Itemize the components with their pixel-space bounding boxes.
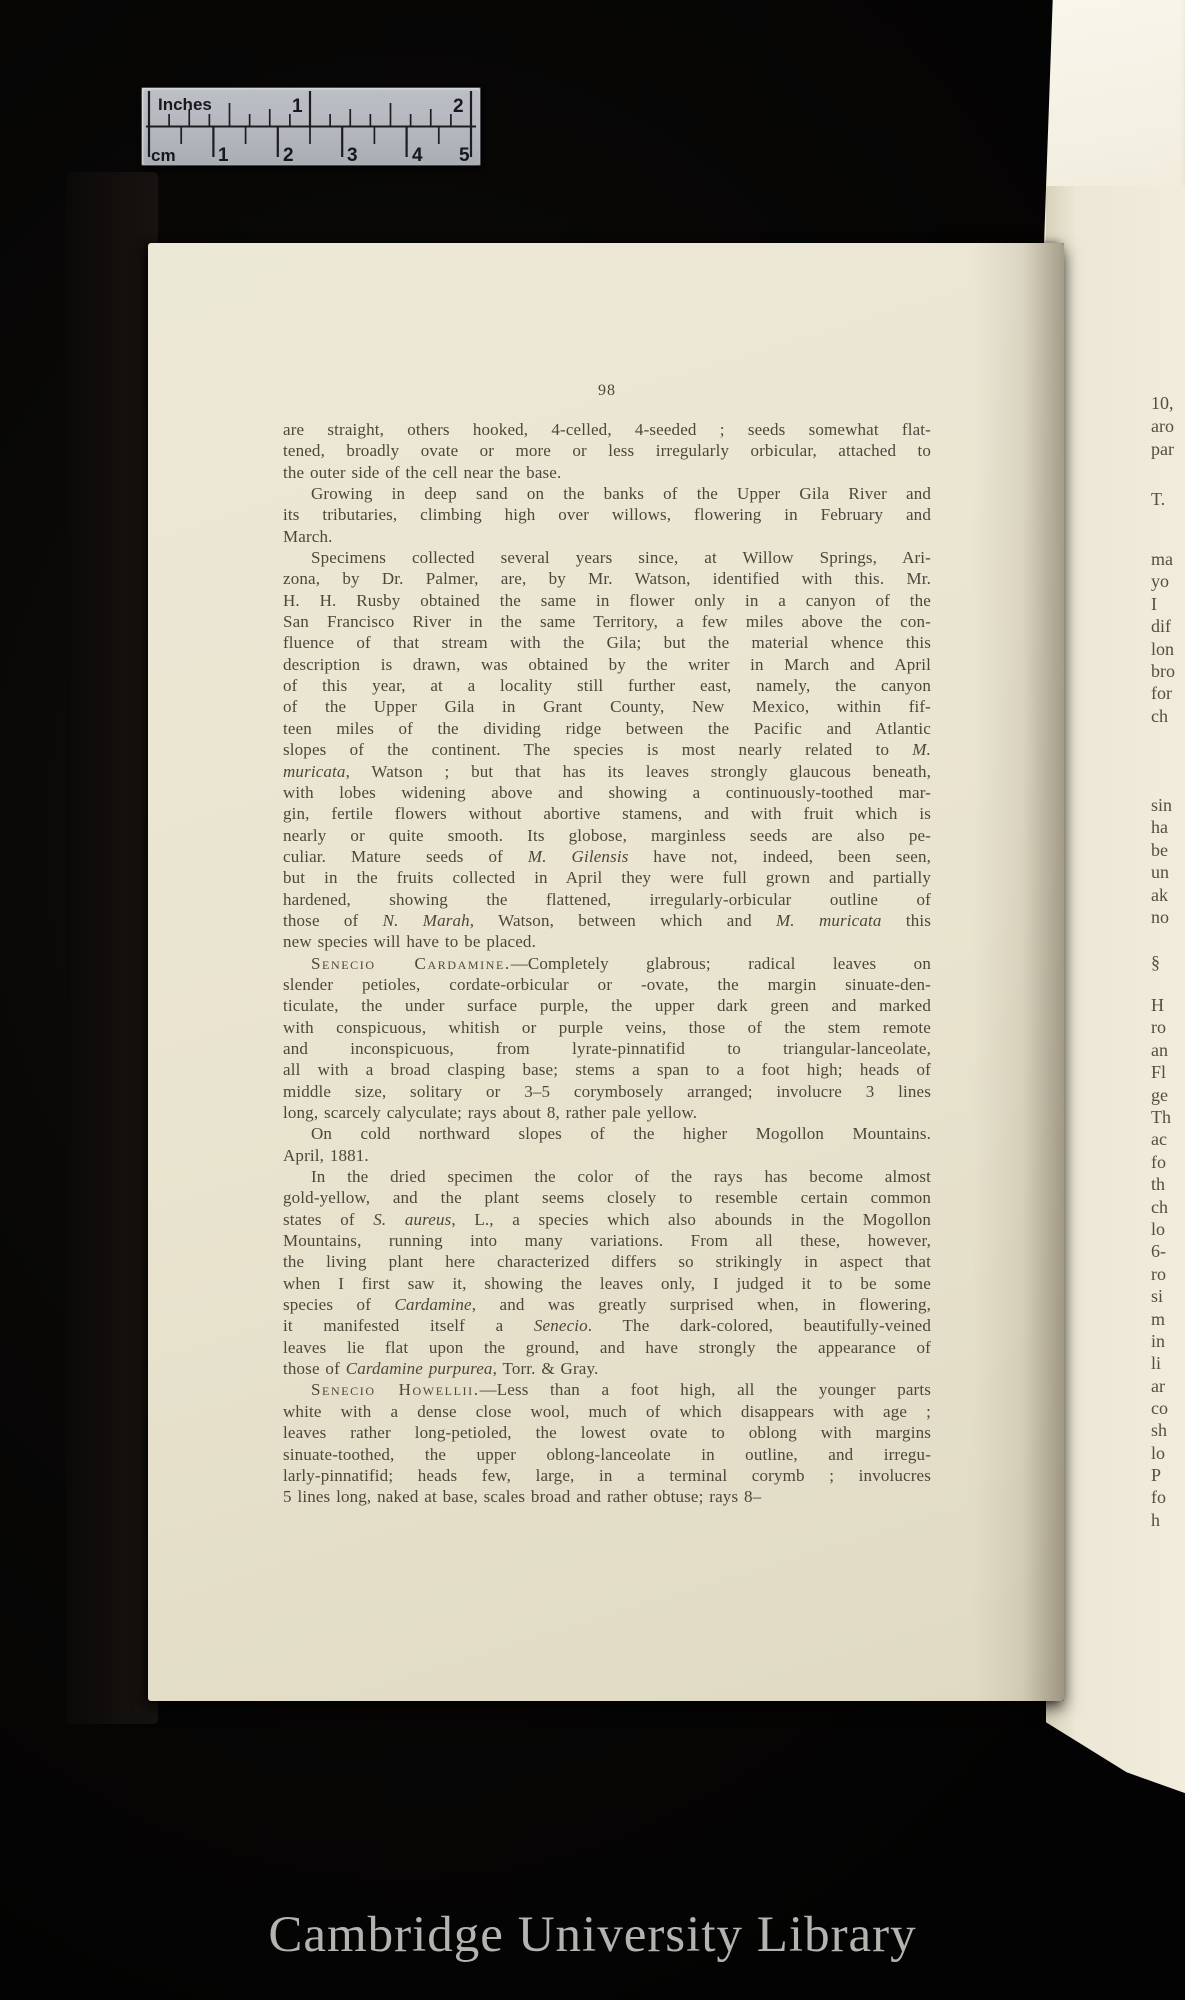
- text-run: April, 1881.: [283, 1146, 369, 1165]
- text-run: hardened, showing the flattened, irregul…: [283, 890, 931, 909]
- latin-name: muricata: [283, 762, 346, 781]
- text-run: are straight, others hooked, 4-celled, 4…: [283, 420, 931, 439]
- text-line: Senecio Cardamine.—Completely glabrous; …: [283, 953, 931, 974]
- photographed-book-page: 98 are straight, others hooked, 4-celled…: [0, 0, 1185, 2000]
- text-line: middle size, solitary or 3–5 corymbosely…: [283, 1081, 931, 1102]
- text-run: it manifested itself a: [283, 1316, 534, 1335]
- ruler-cm-label: cm: [151, 146, 176, 165]
- text-line: tened, broadly ovate or more or less irr…: [283, 440, 931, 461]
- latin-name: Cardamine purpurea: [346, 1359, 493, 1378]
- text-line: with conspicuous, whitish or purple vein…: [283, 1017, 931, 1038]
- text-line: sinuate-toothed, the upper oblong-lanceo…: [283, 1444, 931, 1465]
- text-run: description is drawn, was obtained by th…: [283, 655, 931, 674]
- text-line: the outer side of the cell near the base…: [283, 462, 931, 483]
- text-run: states of: [283, 1210, 373, 1229]
- text-line: In the dried specimen the color of the r…: [283, 1166, 931, 1187]
- text-run: have not, indeed, been seen,: [628, 847, 931, 866]
- latin-name: Cardamine: [394, 1295, 471, 1314]
- text-run: teen miles of the dividing ridge between…: [283, 719, 931, 738]
- text-line: states of S. aureus, L., a species which…: [283, 1209, 931, 1230]
- text-run: fluence of that stream with the Gila; bu…: [283, 633, 931, 652]
- adjacent-page-partial: [1046, 186, 1185, 1798]
- text-run: leaves lie flat upon the ground, and hav…: [283, 1338, 931, 1357]
- text-run: March.: [283, 527, 333, 546]
- text-run: San Francisco River in the same Territor…: [283, 612, 931, 631]
- text-line: those of Cardamine purpurea, Torr. & Gra…: [283, 1358, 931, 1379]
- text-line: Specimens collected several years since,…: [283, 547, 931, 568]
- species-heading: Senecio Howellii.: [311, 1380, 480, 1399]
- ruler-cm-number-4: 4: [412, 145, 423, 165]
- text-line: with lobes widening above and showing a …: [283, 782, 931, 803]
- ruler-scale: Inches 1 2 cm 1 2 3 4 5: [142, 88, 480, 165]
- text-line: Mountains, running into many variations.…: [283, 1230, 931, 1251]
- text-run: with conspicuous, whitish or purple vein…: [283, 1018, 931, 1037]
- text-run: leaves rather long-petioled, the lowest …: [283, 1423, 931, 1442]
- text-run: . The dark-colored, beautifully-veined: [588, 1316, 931, 1335]
- text-run: its tributaries, climbing high over will…: [283, 505, 931, 524]
- text-line: leaves lie flat upon the ground, and hav…: [283, 1337, 931, 1358]
- text-run: 5 lines long, naked at base, scales broa…: [283, 1487, 761, 1506]
- text-line: San Francisco River in the same Territor…: [283, 611, 931, 632]
- text-line: new species will have to be placed.: [283, 931, 931, 952]
- text-line: all with a broad clasping base; stems a …: [283, 1059, 931, 1080]
- text-run: larly-pinnatifid; heads few, large, in a…: [283, 1466, 931, 1485]
- text-line: but in the fruits collected in April the…: [283, 867, 931, 888]
- latin-name: Senecio: [534, 1316, 588, 1335]
- text-run: —Completely glabrous; radical leaves on: [511, 954, 931, 973]
- text-line: On cold northward slopes of the higher M…: [283, 1123, 931, 1144]
- text-line: slopes of the continent. The species is …: [283, 739, 931, 760]
- text-run: , Watson ; but that has its leaves stron…: [346, 762, 931, 781]
- text-line: ticulate, the under surface purple, the …: [283, 995, 931, 1016]
- text-run: all with a broad clasping base; stems a …: [283, 1060, 931, 1079]
- text-run: , Torr. & Gray.: [493, 1359, 599, 1378]
- text-line: and inconspicuous, from lyrate-pinnatifi…: [283, 1038, 931, 1059]
- latin-name: S. aureus: [373, 1210, 451, 1229]
- text-run: Mountains, running into many variations.…: [283, 1231, 931, 1250]
- text-line: leaves rather long-petioled, the lowest …: [283, 1422, 931, 1443]
- text-line: of the Upper Gila in Grant County, New M…: [283, 696, 931, 717]
- text-run: Specimens collected several years since,…: [311, 548, 931, 567]
- text-run: , Watson, between which and: [470, 911, 776, 930]
- text-line: March.: [283, 526, 931, 547]
- latin-name: M. Gilensis: [528, 847, 629, 866]
- text-line: nearly or quite smooth. Its globose, mar…: [283, 825, 931, 846]
- latin-name: M.: [912, 740, 931, 759]
- text-line: those of N. Marah, Watson, between which…: [283, 910, 931, 931]
- text-run: middle size, solitary or 3–5 corymbosely…: [283, 1082, 931, 1101]
- text-line: culiar. Mature seeds of M. Gilensis have…: [283, 846, 931, 867]
- ruler-cm-number-3: 3: [347, 145, 358, 165]
- text-line: hardened, showing the flattened, irregul…: [283, 889, 931, 910]
- text-line: are straight, others hooked, 4-celled, 4…: [283, 419, 931, 440]
- text-line: April, 1881.: [283, 1145, 931, 1166]
- ruler-inch-number-2: 2: [453, 96, 464, 117]
- text-run: slender petioles, cordate-orbicular or -…: [283, 975, 931, 994]
- text-run: slopes of the continent. The species is …: [283, 740, 912, 759]
- text-run: long, scarcely calyculate; rays about 8,…: [283, 1103, 697, 1122]
- text-line: species of Cardamine, and was greatly su…: [283, 1294, 931, 1315]
- text-line: the living plant here characterized diff…: [283, 1251, 931, 1272]
- text-run: ticulate, the under surface purple, the …: [283, 996, 931, 1015]
- page-number: 98: [283, 382, 931, 400]
- text-run: H. H. Rusby obtained the same in flower …: [283, 591, 931, 610]
- text-line: teen miles of the dividing ridge between…: [283, 718, 931, 739]
- text-run: this: [882, 911, 931, 930]
- text-run: culiar. Mature seeds of: [283, 847, 528, 866]
- text-line: white with a dense close wool, much of w…: [283, 1401, 931, 1422]
- text-line: zona, by Dr. Palmer, are, by Mr. Watson,…: [283, 568, 931, 589]
- text-run: On cold northward slopes of the higher M…: [311, 1124, 931, 1143]
- text-run: sinuate-toothed, the upper oblong-lanceo…: [283, 1445, 931, 1464]
- text-run: gin, fertile flowers without abortive st…: [283, 804, 931, 823]
- text-run: , L., a species which also abounds in th…: [451, 1210, 931, 1229]
- text-run: and inconspicuous, from lyrate-pinnatifi…: [283, 1039, 931, 1058]
- text-line: muricata, Watson ; but that has its leav…: [283, 761, 931, 782]
- text-line: 5 lines long, naked at base, scales broa…: [283, 1486, 931, 1507]
- text-run: In the dried specimen the color of the r…: [311, 1167, 931, 1186]
- text-run: zona, by Dr. Palmer, are, by Mr. Watson,…: [283, 569, 931, 588]
- text-line: description is drawn, was obtained by th…: [283, 654, 931, 675]
- latin-name: N. Marah: [383, 911, 470, 930]
- body-text: are straight, others hooked, 4-celled, 4…: [283, 419, 931, 1508]
- text-line: it manifested itself a Senecio. The dark…: [283, 1315, 931, 1336]
- text-run: white with a dense close wool, much of w…: [283, 1402, 931, 1421]
- text-run: the living plant here characterized diff…: [283, 1252, 931, 1271]
- text-run: those of: [283, 1359, 346, 1378]
- ruler-inch-number-1: 1: [292, 96, 303, 117]
- species-heading: Senecio Cardamine.: [311, 954, 511, 973]
- text-line: fluence of that stream with the Gila; bu…: [283, 632, 931, 653]
- text-run: new species will have to be placed.: [283, 932, 536, 951]
- text-run: gold-yellow, and the plant seems closely…: [283, 1188, 931, 1207]
- text-run: but in the fruits collected in April the…: [283, 868, 931, 887]
- text-run: of the Upper Gila in Grant County, New M…: [283, 697, 931, 716]
- text-run: —Less than a foot high, all the younger …: [480, 1380, 931, 1399]
- text-run: nearly or quite smooth. Its globose, mar…: [283, 826, 931, 845]
- text-run: of this year, at a locality still furthe…: [283, 676, 931, 695]
- text-line: its tributaries, climbing high over will…: [283, 504, 931, 525]
- text-line: gin, fertile flowers without abortive st…: [283, 803, 931, 824]
- text-run: , and was greatly surprised when, in flo…: [472, 1295, 931, 1314]
- text-line: gold-yellow, and the plant seems closely…: [283, 1187, 931, 1208]
- library-watermark: Cambridge University Library: [0, 1906, 1185, 1964]
- text-run: species of: [283, 1295, 394, 1314]
- text-run: with lobes widening above and showing a …: [283, 783, 931, 802]
- ruler-cm-number-1: 1: [218, 145, 229, 165]
- text-run: tened, broadly ovate or more or less irr…: [283, 441, 931, 460]
- text-run: those of: [283, 911, 383, 930]
- text-line: slender petioles, cordate-orbicular or -…: [283, 974, 931, 995]
- text-line: larly-pinnatifid; heads few, large, in a…: [283, 1465, 931, 1486]
- ruler-inches-label: Inches: [158, 95, 212, 114]
- text-line: Senecio Howellii.—Less than a foot high,…: [283, 1379, 931, 1400]
- text-line: H. H. Rusby obtained the same in flower …: [283, 590, 931, 611]
- text-line: Growing in deep sand on the banks of the…: [283, 483, 931, 504]
- text-run: Growing in deep sand on the banks of the…: [311, 484, 931, 503]
- ruler-cm-number-5: 5: [459, 145, 470, 165]
- text-line: long, scarcely calyculate; rays about 8,…: [283, 1102, 931, 1123]
- text-run: when I first saw it, showing the leaves …: [283, 1274, 931, 1293]
- text-line: of this year, at a locality still furthe…: [283, 675, 931, 696]
- text-line: when I first saw it, showing the leaves …: [283, 1273, 931, 1294]
- latin-name: M. muricata: [776, 911, 882, 930]
- book-cover-edge: [66, 172, 158, 1724]
- main-page: 98 are straight, others hooked, 4-celled…: [148, 243, 1064, 1701]
- measurement-ruler: Inches 1 2 cm 1 2 3 4 5: [141, 87, 481, 166]
- ruler-cm-number-2: 2: [283, 145, 294, 165]
- text-run: the outer side of the cell near the base…: [283, 463, 561, 482]
- page-gutter-shadow: [972, 243, 1064, 1701]
